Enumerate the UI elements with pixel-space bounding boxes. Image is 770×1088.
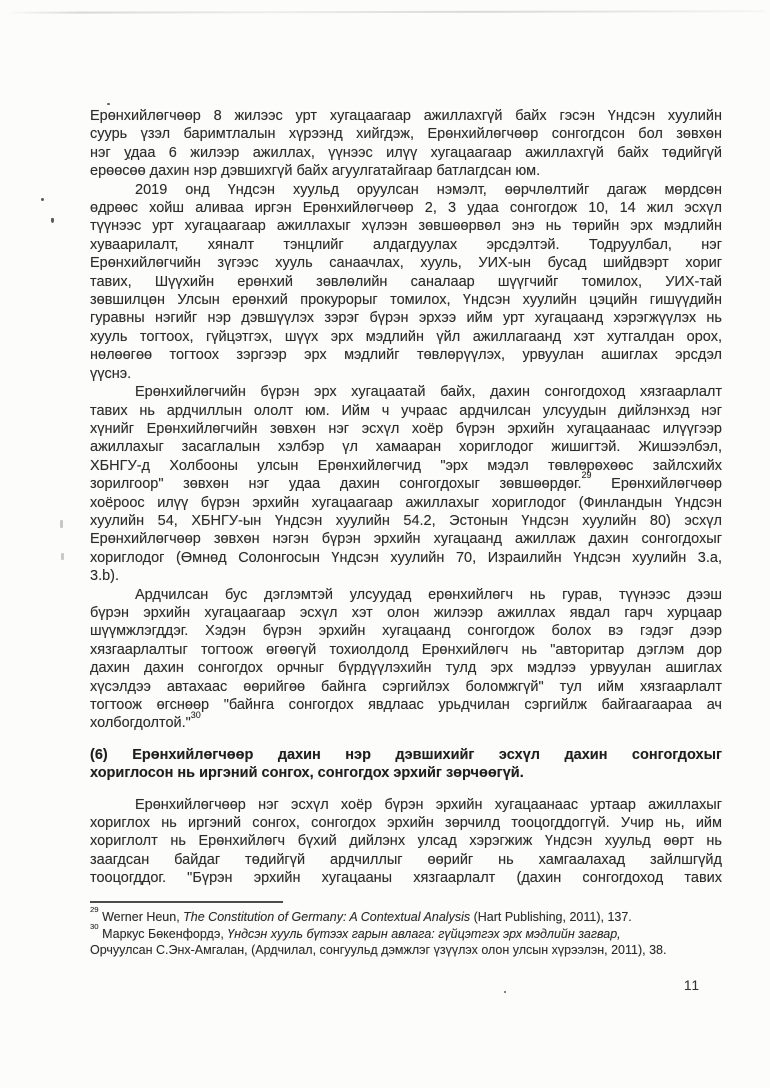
text-line: хүнийг Ерөнхийлөгчийн зөвхөн нэг эсхүл х… bbox=[90, 420, 722, 438]
page-number: 11 bbox=[684, 978, 700, 993]
section-heading: (6) Ерөнхийлөгчөөр дахин нэр дэвшихийг э… bbox=[90, 746, 722, 783]
text-line: бүрэн эрхийн хугацаагаар эсхүл хэт олон … bbox=[90, 604, 722, 622]
footnotes-list: 29 Werner Heun, The Constitution of Germ… bbox=[90, 909, 735, 959]
text-line: ажиллахыг засаглалын хэлбэр үл хамааран … bbox=[90, 438, 722, 456]
text-line: заагдсан байдаг төдийгүй ардчиллыг өөрий… bbox=[90, 851, 722, 869]
italic-title: Үндсэн хууль бүтээх гарын авлага: гүйцэт… bbox=[227, 927, 620, 941]
paragraph: Ерөнхийлөгчөөр нэг эсхүл хоёр бүрэн эрхи… bbox=[90, 796, 722, 888]
text-line: ХБНГУ-д Холбооны улсын Ерөнхийлөгчид "эр… bbox=[90, 457, 722, 475]
paragraph: Ардчилсан бус дэглэмтэй улсуудад ерөнхий… bbox=[90, 586, 722, 733]
italic-title: The Constitution of Germany: A Contextua… bbox=[183, 910, 470, 924]
text-line: шүүмжлэгддэг. Хэдэн бүрэн эрхийн хугацаа… bbox=[90, 622, 722, 640]
text-line: хуулийн 54, ХБНГУ-ын Үндсэн хуулийн 54.2… bbox=[90, 512, 722, 530]
text-line: хориглох нь иргэний сонгох, сонгогдох эр… bbox=[90, 814, 722, 832]
footnote-separator bbox=[90, 901, 283, 903]
footnotes-section: 29 Werner Heun, The Constitution of Germ… bbox=[90, 901, 735, 959]
text-line: хязгаарлалтыг тогтоож өгөөгүй тохиолдолд… bbox=[90, 641, 722, 659]
scan-speck bbox=[41, 198, 44, 201]
text-line: хүсэлдээ автахаас өөрийгөө байнга сэргий… bbox=[90, 678, 722, 696]
scan-smudge bbox=[61, 553, 64, 560]
scan-speck bbox=[51, 218, 54, 223]
text-line: гуравны нэгийг нэр дэвшүүлэх зэрэг бүрэн… bbox=[90, 309, 722, 327]
text-line: тавих нь ардчиллын ололт юм. Ийм ч учраа… bbox=[90, 402, 722, 420]
text-line: дахин дахин сонгогдох орчныг бүрдүүлэхий… bbox=[90, 659, 722, 677]
text-line: Ерөнхийлөгчөөр 8 жилээс урт хугацаагаар … bbox=[90, 107, 722, 125]
footnote-line: 30 Маркус Бөкенфордэ, Үндсэн хууль бүтээ… bbox=[90, 926, 735, 943]
text-line: хууль тогтоох, гүйцэтгэх, шүүх эрх мэдли… bbox=[90, 328, 722, 346]
text-line: 3.b). bbox=[90, 567, 722, 585]
text-line: ерөөсөө дахин нэр дэвшихгүй байх агуулга… bbox=[90, 162, 722, 180]
text-line: тооцогддог. "Бүрэн эрхийн хугацааны хязг… bbox=[90, 869, 722, 887]
body-text: Ерөнхийлөгчөөр 8 жилээс урт хугацаагаар … bbox=[90, 107, 722, 888]
text-line: холбогдолтой."30 bbox=[90, 714, 722, 732]
scan-speck bbox=[504, 991, 506, 993]
footnote-ref: 30 bbox=[191, 710, 201, 720]
text-line: хориглосон нь иргэний сонгох, сонгогдох … bbox=[90, 764, 722, 782]
paragraph: 2019 онд Үндсэн хуульд оруулсан нэмэлт, … bbox=[90, 181, 722, 383]
text-line: Ерөнхийлөгчөөр зөвхөн нэгэн бүрэн эрхийн… bbox=[90, 530, 722, 548]
text-line: хоёроос илүү бүрэн эрхийн хугацаагаар аж… bbox=[90, 494, 722, 512]
text-line: хориглодог (Өмнөд Солонгосын Үндсэн хуул… bbox=[90, 549, 722, 567]
footnote-line: 29 Werner Heun, The Constitution of Germ… bbox=[90, 909, 735, 926]
text-line: түүнээс урт хугацаагаар ажиллахыг хүлээн… bbox=[90, 217, 722, 235]
text-line: нэг удаа 6 жилээр ажиллах, үүнээс илүү х… bbox=[90, 144, 722, 162]
scan-smudge bbox=[60, 520, 63, 528]
paragraph: Ерөнхийлөгчөөр 8 жилээс урт хугацаагаар … bbox=[90, 107, 722, 181]
text-line: өдрөөс хойш аливаа иргэн Ерөнхийлөгчөөр … bbox=[90, 199, 722, 217]
text-line: Ардчилсан бус дэглэмтэй улсуудад ерөнхий… bbox=[90, 586, 722, 604]
scanned-document-page: Ерөнхийлөгчөөр 8 жилээс урт хугацаагаар … bbox=[0, 0, 770, 1088]
text-line: Ерөнхийлөгчийн зүгээс хууль санаачлах, х… bbox=[90, 254, 722, 272]
text-line: нөлөөгөө тогтоох зэргээр эрх мэдлийг төв… bbox=[90, 346, 722, 364]
text-line: 2019 онд Үндсэн хуульд оруулсан нэмэлт, … bbox=[90, 181, 722, 199]
text-line: хориглолт нь Ерөнхийлөгч бүхий дийлэнх у… bbox=[90, 832, 722, 850]
footnote-ref: 29 bbox=[90, 905, 99, 914]
footnote-ref: 30 bbox=[90, 922, 99, 931]
text-line: зөвшилцөн Улсын ерөнхий прокурорыг томил… bbox=[90, 291, 722, 309]
footnote-line: Орчуулсан С.Энх-Амгалан, (Ардчилал, сонг… bbox=[90, 942, 735, 959]
text-line: суурь үзэл баримтлалын хүрээнд хийгдэж, … bbox=[90, 125, 722, 143]
text-line: үүснэ. bbox=[90, 365, 722, 383]
text-line: тогтоож өгснөөр "байнга сонгогдох явдлаа… bbox=[90, 696, 722, 714]
text-line: зорилгоор" зөвхөн нэг удаа дахин сонгогд… bbox=[90, 475, 722, 493]
paragraph: Ерөнхийлөгчийн бүрэн эрх хугацаатай байх… bbox=[90, 383, 722, 585]
text-line: Ерөнхийлөгчийн бүрэн эрх хугацаатай байх… bbox=[90, 383, 722, 401]
text-line: Ерөнхийлөгчөөр нэг эсхүл хоёр бүрэн эрхи… bbox=[90, 796, 722, 814]
scan-speck bbox=[107, 103, 110, 105]
footnote-ref: 29 bbox=[582, 470, 592, 480]
text-line: хуваарилалт, хяналт тэнцлийг алдагдуулах… bbox=[90, 236, 722, 254]
text-line: тавих, Шүүхийн ерөнхий зөвлөлийн саналаа… bbox=[90, 273, 722, 291]
text-line: (6) Ерөнхийлөгчөөр дахин нэр дэвшихийг э… bbox=[90, 746, 722, 764]
scan-edge-artifact bbox=[5, 10, 765, 14]
